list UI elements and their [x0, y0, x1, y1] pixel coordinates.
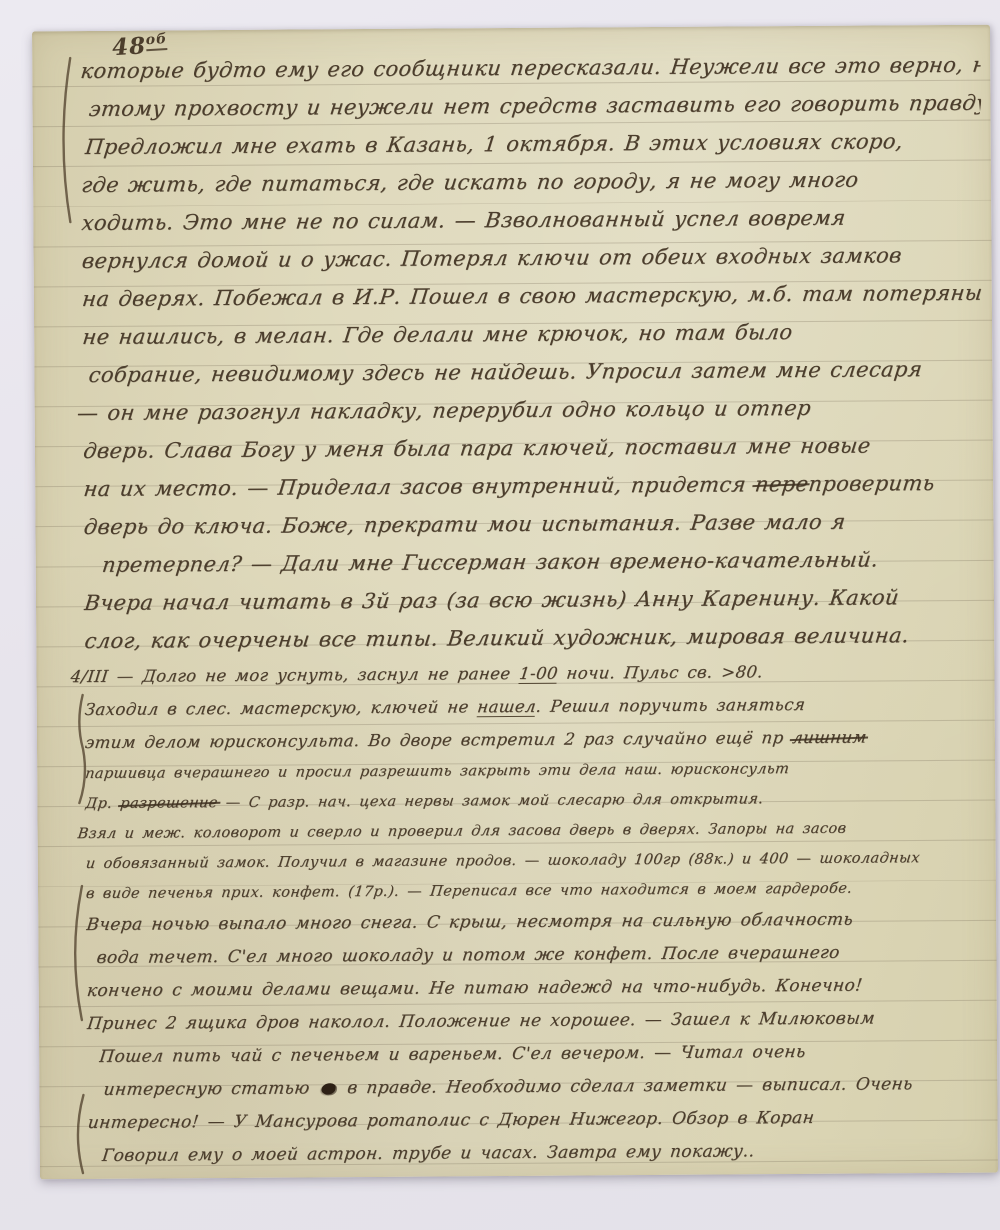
handwritten-line: где жить, где питаться, где искать по го… — [79, 161, 983, 205]
handwritten-text: Взял и меж. коловорот и сверло и провери… — [77, 821, 848, 842]
handwritten-text: на их место. — Приделал засов внутренний… — [82, 472, 756, 501]
handwritten-text: интересно! — У Мансурова ротаполис с Дюр… — [87, 1108, 816, 1133]
handwritten-text: на дверях. Побежал в И.Р. Пошел в свою м… — [81, 281, 984, 311]
handwritten-text: паршивца вчерашнего и просил разрешить з… — [84, 761, 790, 782]
handwritten-text: ночи. Пульс св. >80. — [557, 662, 764, 682]
manuscript-page: 48об которые будто ему его сообщники пер… — [32, 25, 998, 1180]
handwritten-text: Принес 2 ящика дров наколол. Положение н… — [86, 1008, 876, 1034]
handwritten-line: этому прохвосту и неужели нет средств за… — [87, 85, 983, 129]
handwritten-text: которые будто ему его сообщники пересказ… — [79, 51, 982, 83]
handwritten-text: кончено с моими делами вещами. Не питаю … — [86, 976, 864, 1001]
handwritten-text: не нашлись, в мелан. Где делали мне крюч… — [81, 320, 794, 349]
handwritten-line: — он мне разогнул накладку, перерубил од… — [75, 389, 985, 433]
handwritten-text: в правде. Необходимо сделал заметки — вы… — [337, 1074, 914, 1098]
handwritten-text: Пошел пить чай с печеньем и вареньем. С'… — [98, 1042, 807, 1067]
handwritten-text: разрешение — [119, 795, 218, 812]
handwritten-text: — он мне разогнул накладку, перерубил од… — [76, 396, 813, 425]
handwritten-text: Говорил ему о моей астрон. трубе и часах… — [101, 1141, 756, 1166]
handwritten-text: слог, как очерчены все типы. Великий худ… — [83, 623, 910, 653]
handwritten-line: претерпел? — Дали мне Гиссерман закон вр… — [100, 541, 986, 585]
handwritten-text: вернулся домой и о ужас. Потерял ключи о… — [81, 243, 904, 273]
handwritten-text: вода течет. С'ел много шоколаду и потом … — [96, 943, 841, 968]
handwritten-text: 1-00 — [518, 664, 559, 684]
handwritten-line: дверь до ключа. Боже, прекрати мои испыт… — [82, 503, 986, 547]
handwritten-text: этому прохвосту и неужели нет средств за… — [88, 91, 983, 121]
scanned-document: 48об которые будто ему его сообщники пер… — [0, 0, 1000, 1230]
handwritten-line: Говорил ему о моей астрон. трубе и часах… — [100, 1135, 990, 1174]
handwritten-line: слог, как очерчены все типы. Великий худ… — [82, 617, 986, 661]
handwritten-line: на их место. — Приделал засов внутренний… — [81, 465, 985, 509]
handwritten-text: интересную статью — [102, 1078, 319, 1100]
handwritten-text: претерпел? — Дали мне Гиссерман закон вр… — [101, 547, 880, 576]
handwritten-text: Предложил мне ехать в Казань, 1 октября.… — [84, 129, 905, 159]
ink-blot — [321, 1083, 336, 1094]
handwritten-text: дверь до ключа. Боже, прекрати мои испыт… — [83, 510, 847, 539]
handwritten-text: нашел — [476, 697, 537, 717]
handwritten-line: собрание, невидимому здесь не найдешь. У… — [87, 351, 985, 395]
handwritten-line: ходить. Это мне не по силам. — Взволнова… — [79, 199, 983, 243]
handwritten-text: ходить. Это мне не по силам. — Взволнова… — [80, 206, 847, 235]
handwritten-text: лишним — [791, 728, 868, 748]
handwriting-lines: которые будто ему его сообщники пересказ… — [32, 25, 998, 1180]
handwritten-text: собрание, невидимому здесь не найдешь. У… — [87, 357, 923, 387]
handwritten-text: дверь. Слава Богу у меня была пара ключе… — [82, 434, 872, 464]
handwritten-text: . Решил поручить заняться — [535, 695, 806, 716]
handwritten-line: которые будто ему его сообщники пересказ… — [78, 47, 982, 91]
handwritten-text: где жить, где питаться, где искать по го… — [80, 168, 860, 197]
handwritten-text: — С разр. нач. цеха нервы замок мой слес… — [217, 791, 764, 811]
handwritten-line: дверь. Слава Богу у меня была пара ключе… — [81, 427, 985, 471]
handwritten-line: Вчера начал читать в 3й раз (за всю жизн… — [82, 579, 986, 623]
handwritten-text: этим делом юрисконсульта. Во дворе встре… — [84, 728, 793, 752]
handwritten-text: пере — [754, 472, 810, 496]
handwritten-text: и обовязанный замок. Получил в магазине … — [85, 850, 921, 872]
handwritten-text: Вчера начал читать в 3й раз (за всю жизн… — [83, 585, 900, 615]
handwritten-text: Др. — [84, 796, 121, 812]
handwritten-line: не нашлись, в мелан. Где делали мне крюч… — [80, 313, 984, 357]
handwritten-text: проверить — [807, 471, 936, 496]
handwritten-text: Вчера ночью выпало много снега. С крыш, … — [85, 910, 854, 935]
handwritten-text: 4/III — Долго не мог уснуть, заснул не р… — [70, 664, 521, 686]
handwritten-text: в виде печенья прих. конфет. (17р.). — П… — [85, 881, 853, 902]
handwritten-line: на дверях. Побежал в И.Р. Пошел в свою м… — [80, 275, 984, 319]
handwritten-line: Предложил мне ехать в Казань, 1 октября.… — [83, 123, 983, 167]
handwritten-text: Заходил в слес. мастерскую, ключей не — [84, 697, 479, 719]
handwritten-line: вернулся домой и о ужас. Потерял ключи о… — [80, 237, 984, 281]
